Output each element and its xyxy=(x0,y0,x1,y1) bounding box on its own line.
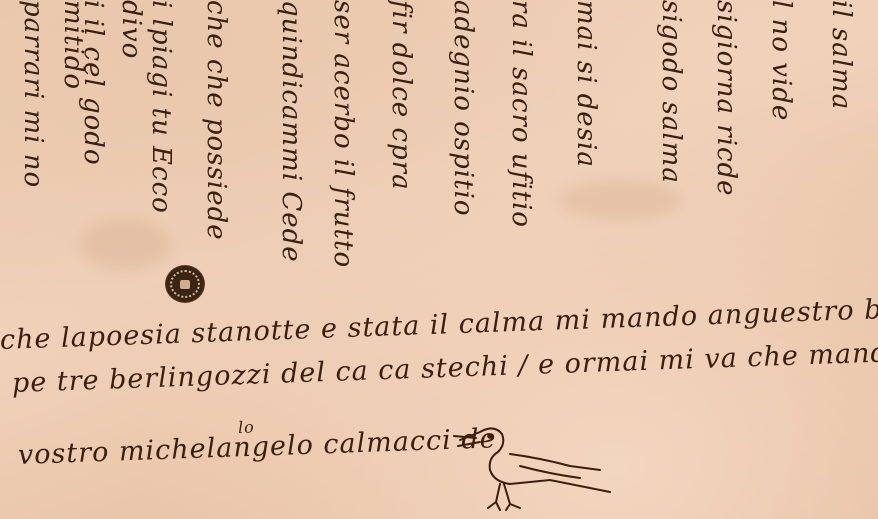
verse-line: i lpiagi tu Ecco xyxy=(146,0,176,214)
verse-line: adegnio ospitio xyxy=(448,0,478,217)
verse-line: divo xyxy=(116,0,146,59)
superscript-lo: lo xyxy=(238,417,255,437)
verse-line: ser acerbo il frutto xyxy=(328,0,358,268)
paper-stain xyxy=(80,220,170,270)
paper-stain xyxy=(560,180,680,220)
verse-line: sigodo salma xyxy=(656,0,686,184)
verse-line: parrari mi no xyxy=(18,0,48,188)
wax-seal-icon xyxy=(166,266,204,302)
verse-line: mai si desia xyxy=(571,0,601,168)
verse-line: sigiorna ricde xyxy=(711,0,741,197)
verse-line: fir dolce cpra xyxy=(386,0,416,191)
verse-line: che che possiede xyxy=(201,0,231,241)
verse-line: ra il sacro ufitio xyxy=(506,0,536,228)
crow-drawing-icon xyxy=(450,418,620,513)
verse-line: l no vide xyxy=(766,0,796,121)
verse-line: il salma xyxy=(826,0,856,110)
verse-line: i il cel godo xyxy=(78,0,108,166)
verse-line: quindicammi Cede xyxy=(276,0,306,263)
